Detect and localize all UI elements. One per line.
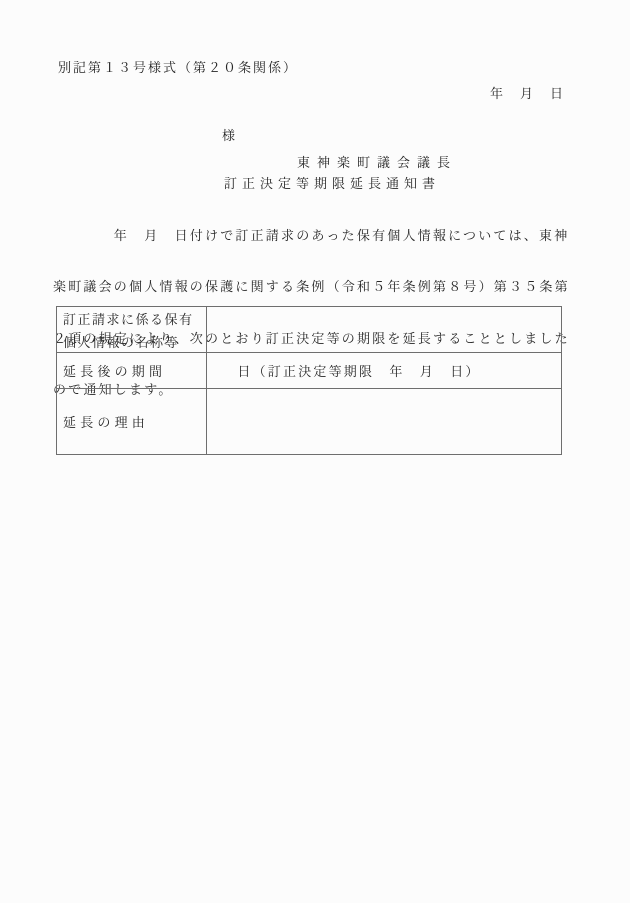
addressee-suffix: 様 xyxy=(222,129,237,143)
document-title: 訂正決定等期限延長通知書 xyxy=(224,177,440,191)
table-row-held-info-name: 訂正請求に係る保有 個人情報の名称等 xyxy=(57,307,561,352)
row-label-extension-reason: 延長の理由 xyxy=(57,389,207,454)
sender-name: 東神楽町議会議長 xyxy=(297,156,457,170)
row-value-held-info-name xyxy=(207,307,561,352)
row-label-extended-period: 延長後の期間 xyxy=(57,353,207,388)
body-line: 年 月 日付けで訂正請求のあった保有個人情報については、東神 xyxy=(53,224,583,247)
form-number-line: 別記第１３号様式（第２０条関係） xyxy=(58,61,298,75)
row-label-held-info-name: 訂正請求に係る保有 個人情報の名称等 xyxy=(57,307,207,352)
row-value-extended-period: 日（訂正決定等期限 年 月 日） xyxy=(207,353,561,388)
body-line: 楽町議会の個人情報の保護に関する条例（令和５年条例第８号）第３５条第 xyxy=(53,275,583,298)
table-row-extended-period: 延長後の期間 日（訂正決定等期限 年 月 日） xyxy=(57,352,561,388)
date-line: 年 月 日 xyxy=(490,87,565,101)
row-value-extension-reason xyxy=(207,389,561,454)
row-label-line: 個人情報の名称等 xyxy=(63,332,206,355)
extension-info-table: 訂正請求に係る保有 個人情報の名称等 延長後の期間 日（訂正決定等期限 年 月 … xyxy=(56,306,562,455)
document-page: 別記第１３号様式（第２０条関係） 年 月 日 様 東神楽町議会議長 訂正決定等期… xyxy=(0,0,630,903)
table-row-extension-reason: 延長の理由 xyxy=(57,388,561,454)
row-label-line: 訂正請求に係る保有 xyxy=(63,309,206,332)
